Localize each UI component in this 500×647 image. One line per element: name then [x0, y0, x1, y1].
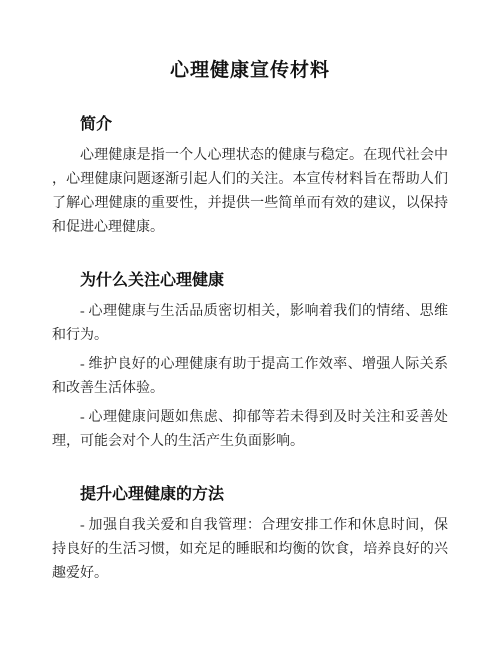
intro-paragraph: 心理健康是指一个人心理状态的健康与稳定。在现代社会中，心理健康问题逐渐引起人们的… — [52, 144, 448, 240]
section-why-care-heading: 为什么关注心理健康 — [52, 270, 448, 292]
section-intro-heading: 简介 — [52, 114, 448, 136]
document-page: 心理健康宣传材料 简介 心理健康是指一个人心理状态的健康与稳定。在现代社会中，心… — [0, 0, 500, 647]
section-intro: 简介 心理健康是指一个人心理状态的健康与稳定。在现代社会中，心理健康问题逐渐引起… — [52, 114, 448, 240]
improve-methods-bullet-1: - 加强自我关爱和自我管理：合理安排工作和休息时间，保持良好的生活习惯，如充足的… — [52, 514, 448, 586]
why-care-bullet-2: - 维护良好的心理健康有助于提高工作效率、增强人际关系和改善生活体验。 — [52, 353, 448, 401]
why-care-bullet-3: - 心理健康问题如焦虑、抑郁等若未得到及时关注和妥善处理，可能会对个人的生活产生… — [52, 406, 448, 454]
section-improve-methods-heading: 提升心理健康的方法 — [52, 484, 448, 506]
why-care-bullet-1: - 心理健康与生活品质密切相关，影响着我们的情绪、思维和行为。 — [52, 300, 448, 348]
section-improve-methods: 提升心理健康的方法 - 加强自我关爱和自我管理：合理安排工作和休息时间，保持良好… — [52, 484, 448, 586]
section-why-care: 为什么关注心理健康 - 心理健康与生活品质密切相关，影响着我们的情绪、思维和行为… — [52, 270, 448, 454]
document-title: 心理健康宣传材料 — [52, 58, 448, 84]
